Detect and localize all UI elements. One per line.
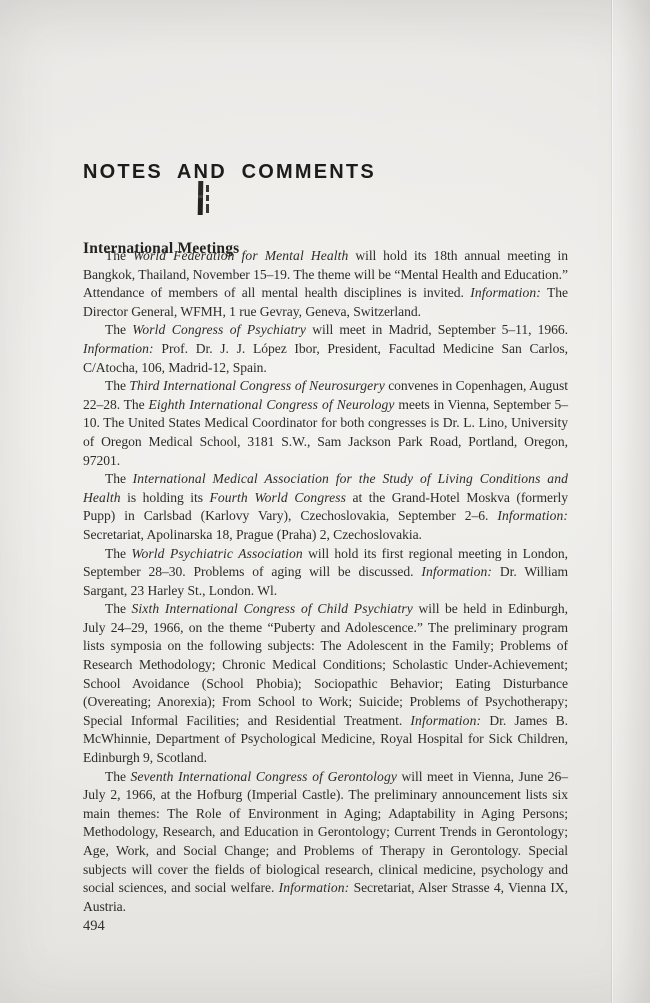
paragraph: The Third International Congress of Neur… [83, 377, 568, 470]
text-run: The [105, 769, 131, 784]
text-run: Secretariat, Apolinarska 18, Prague (Pra… [83, 527, 422, 542]
italic-text-run: World Federation for Mental Health [133, 248, 349, 263]
italic-text-run: Information: [421, 564, 492, 579]
divider-bar-segment-icon [206, 185, 209, 192]
text-run: The [105, 248, 133, 263]
text-run: is holding its [121, 490, 210, 505]
scan-page-edge [614, 0, 650, 1003]
paragraphs: The World Federation for Mental Health w… [83, 247, 568, 916]
text-run: will be held in Edinburgh, July 24–29, 1… [83, 601, 568, 728]
italic-text-run: Seventh International Congress of Geront… [131, 769, 397, 784]
paragraph: The Sixth International Congress of Chil… [83, 600, 568, 767]
italic-text-run: Third International Congress of Neurosur… [129, 378, 384, 393]
page-number: 494 [83, 918, 105, 935]
italic-text-run: Information: [279, 880, 350, 895]
paragraph: The World Federation for Mental Health w… [83, 247, 568, 321]
italic-text-run: World Psychiatric Association [131, 546, 302, 561]
paragraph: The Seventh International Congress of Ge… [83, 768, 568, 917]
scanned-journal-page: NOTES AND COMMENTS International Meeting… [0, 0, 650, 1003]
paragraph: The World Psychiatric Association will h… [83, 545, 568, 601]
paragraph: The International Medical Association fo… [83, 470, 568, 544]
page-title: NOTES AND COMMENTS [83, 161, 376, 184]
italic-text-run: Information: [83, 341, 154, 356]
text-run: will meet in Madrid, September 5–11, 196… [306, 322, 568, 337]
italic-text-run: World Congress of Psychiatry [132, 322, 306, 337]
divider-bar-icon [198, 181, 204, 215]
text-run: The [105, 471, 133, 486]
text-run: Prof. Dr. J. J. López Ibor, President, F… [83, 341, 568, 375]
text-run: The [105, 378, 129, 393]
text-run: The [105, 322, 132, 337]
paragraph: The World Congress of Psychiatry will me… [83, 321, 568, 377]
section-divider-mark [198, 181, 212, 215]
italic-text-run: Sixth International Congress of Child Ps… [132, 601, 413, 616]
text-run: will meet in Vienna, June 26–July 2, 196… [83, 769, 568, 896]
italic-text-run: Information: [410, 713, 481, 728]
divider-bar-segment-icon [206, 195, 209, 201]
italic-text-run: Information: [470, 285, 541, 300]
italic-text-run: Eighth International Congress of Neurolo… [148, 397, 394, 412]
text-run: The [105, 601, 132, 616]
divider-bar-segment-icon [206, 204, 209, 213]
italic-text-run: Fourth World Congress [209, 490, 346, 505]
italic-text-run: Information: [497, 508, 568, 523]
text-run: The [105, 546, 131, 561]
